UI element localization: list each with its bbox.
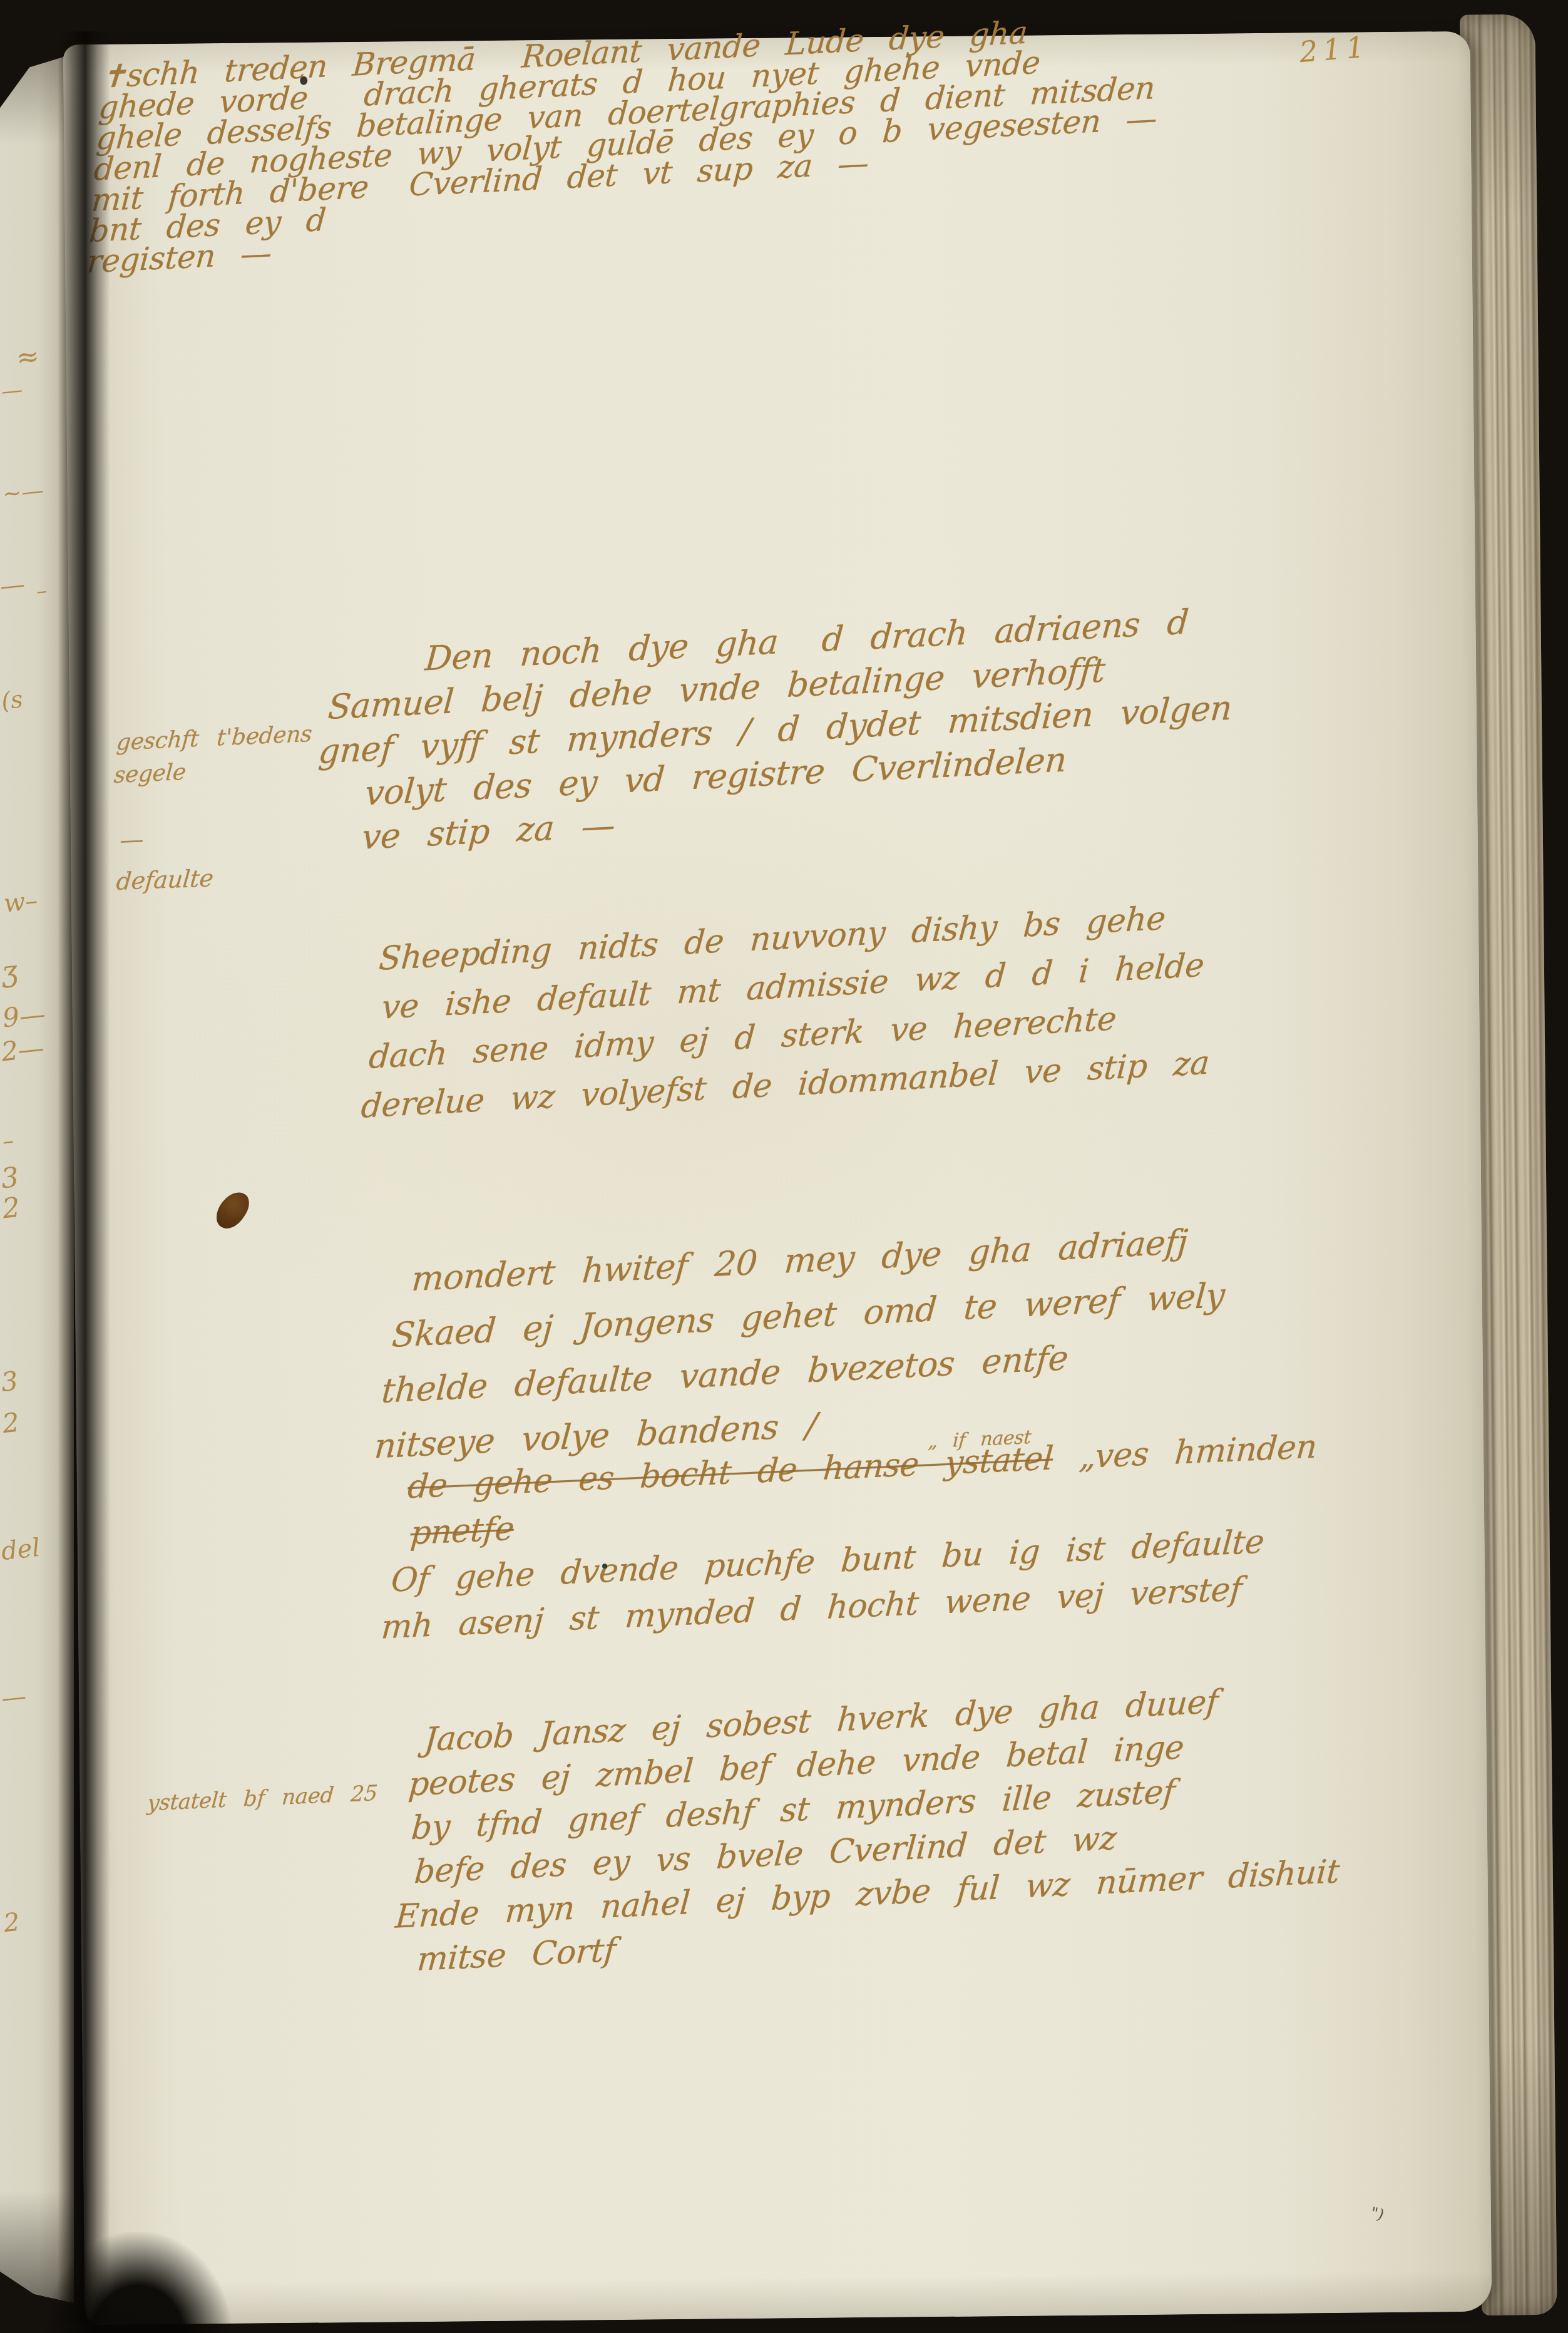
handwriting-layer: ✝schh treden Bregmā Roelant vande Lude d… [63, 31, 1492, 2325]
manuscript-photo: { "manuscript": { "page_number": "211", … [0, 0, 1568, 2333]
entry-2-margin-default: —defaulte [115, 816, 218, 902]
handwriting-fragment: w– [3, 886, 39, 918]
book-right-side: 211 ✝schh treden Bregmā Roelant vande Lu… [63, 14, 1557, 2329]
struck-through-text: pnetfe [409, 1510, 515, 1553]
handwriting-fragment: 2— [0, 1033, 46, 1068]
gutter-shadow [58, 31, 110, 2323]
gutter-bottom-shadow [44, 2232, 232, 2333]
handwriting-line: ystatelt bf naed 25 [146, 1779, 379, 1818]
handwriting-fragment: 3 [0, 1366, 19, 1398]
handwriting-text: „ves hminden [1052, 1428, 1318, 1478]
entry-2-margin: geschft t'bedenssegele [113, 718, 313, 792]
entry-6: Jacob Jansz ej sobest hverk dye gha duue… [406, 1674, 1354, 1982]
handwriting-fragment: ~— [1, 478, 45, 508]
top-speck [300, 76, 307, 85]
handwriting-fragment: 9— [1, 999, 47, 1034]
entry-2: Den noch dye gha d drach adriaens dSamue… [304, 598, 1240, 862]
handwriting-line: defaulte [115, 857, 215, 902]
manuscript-page: 211 ✝schh treden Bregmā Roelant vande Lu… [63, 31, 1492, 2325]
entry-6-margin: ystatelt bf naed 25 [146, 1779, 379, 1818]
handwriting-fragment: — [0, 1682, 28, 1713]
entry-1: ✝schh treden Bregmā Roelant vande Lude d… [86, 11, 1165, 277]
handwriting-line: — [118, 816, 219, 861]
handwriting-fragment: 2 [3, 1908, 21, 1938]
handwriting-fragment: 3 [0, 1161, 21, 1195]
green-fleck [602, 1563, 607, 1568]
photo-stage: ≈—~——–(sw–ʒ9—2—–3232del—2 211 ✝schh tred… [0, 0, 1568, 2333]
handwriting-fragment: ≈ [14, 340, 41, 374]
handwriting-fragment: — [0, 377, 24, 404]
handwriting-fragment: 2 [1, 1192, 21, 1225]
handwriting-fragment: — [0, 570, 26, 601]
handwriting-fragment: (s [0, 685, 24, 714]
handwriting-fragment: del [0, 1533, 41, 1566]
handwriting-fragment: 2 [1, 1407, 21, 1439]
entry-3: Sheepding nidts de nuvvony dishy bs gehe… [367, 891, 1221, 1131]
